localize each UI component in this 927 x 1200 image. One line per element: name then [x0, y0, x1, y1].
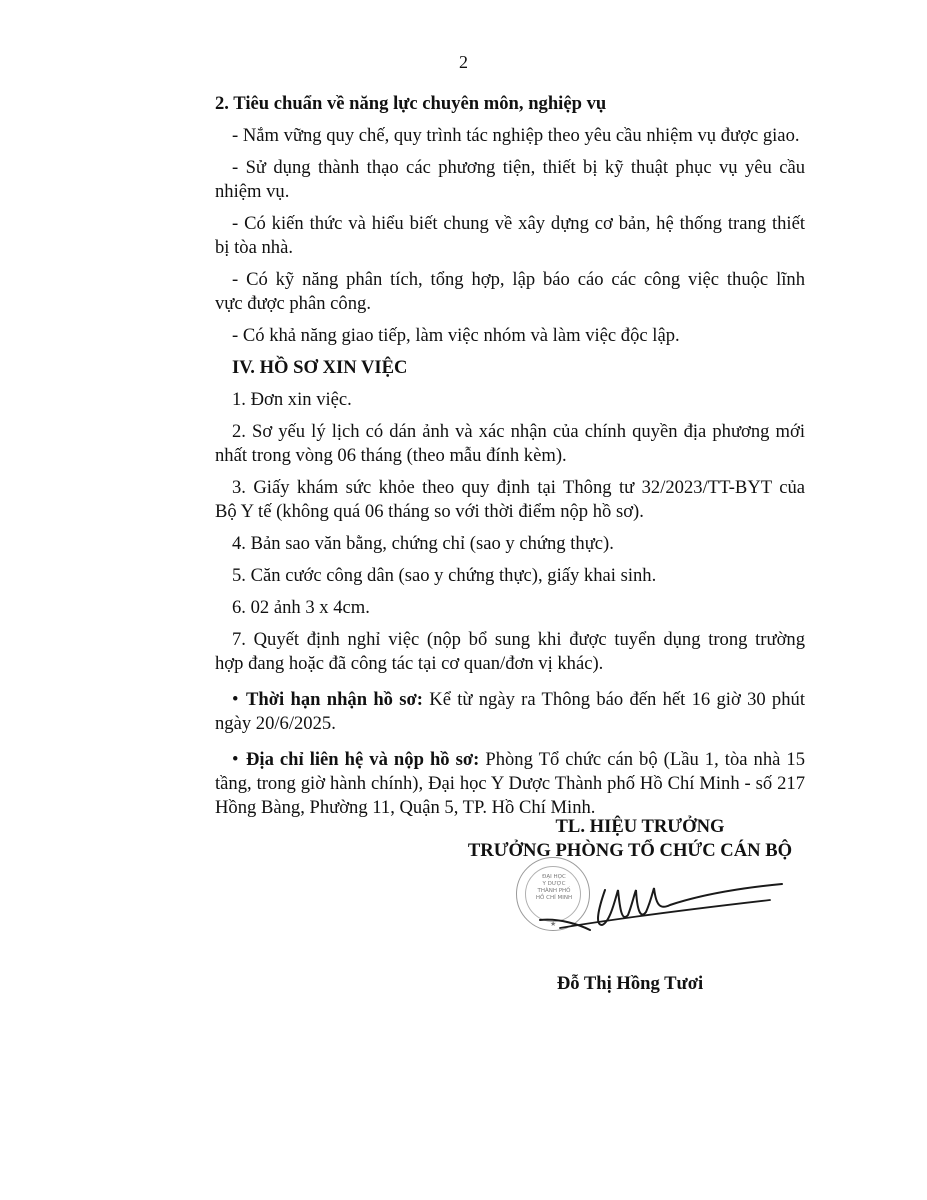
- document-item: 2. Sơ yếu lý lịch có dán ảnh và xác nhận…: [232, 420, 805, 468]
- signature-title-1: TL. HIỆU TRƯỞNG: [440, 815, 820, 839]
- bullet-icon: •: [232, 688, 246, 712]
- document-item: 4. Bản sao văn bằng, chứng chỉ (sao y ch…: [232, 532, 805, 556]
- signature-block: TL. HIỆU TRƯỞNG TRƯỞNG PHÒNG TỔ CHỨC CÁN…: [440, 815, 820, 863]
- requirement-text: - Sử dụng thành thạo các phương tiện, th…: [232, 156, 805, 180]
- document-item: 6. 02 ảnh 3 x 4cm.: [232, 596, 805, 620]
- section-4-heading: IV. HỒ SƠ XIN VIỆC: [232, 356, 805, 380]
- signature-title-2: TRƯỞNG PHÒNG TỔ CHỨC CÁN BỘ: [440, 839, 820, 863]
- document-item-text-cont: hợp đang hoặc đã công tác tại cơ quan/đơ…: [215, 652, 805, 676]
- requirement-item: - Có kiến thức và hiểu biết chung về xây…: [232, 212, 805, 260]
- deadline-text: Kể từ ngày ra Thông báo đến hết 16 giờ 3…: [423, 689, 805, 710]
- requirement-item: - Có khả năng giao tiếp, làm việc nhóm v…: [232, 324, 805, 348]
- document-item-text: 3. Giấy khám sức khỏe theo quy định tại …: [232, 476, 805, 500]
- document-item: 3. Giấy khám sức khỏe theo quy định tại …: [232, 476, 805, 524]
- requirement-text: - Có kiến thức và hiểu biết chung về xây…: [232, 212, 805, 236]
- document-item: 1. Đơn xin việc.: [232, 388, 805, 412]
- requirement-text: - Có kỹ năng phân tích, tổng hợp, lập bá…: [232, 268, 805, 292]
- document-item-text-cont: nhất trong vòng 06 tháng (theo mẫu đính …: [215, 444, 805, 468]
- signer-name: Đỗ Thị Hồng Tươi: [440, 973, 820, 995]
- requirement-item: - Sử dụng thành thạo các phương tiện, th…: [232, 156, 805, 204]
- requirement-text: - Có khả năng giao tiếp, làm việc nhóm v…: [232, 325, 680, 346]
- deadline-label: Thời hạn nhận hồ sơ:: [246, 689, 423, 710]
- requirement-item: - Nắm vững quy chế, quy trình tác nghiệp…: [232, 124, 805, 148]
- requirement-text: - Nắm vững quy chế, quy trình tác nghiệp…: [232, 125, 800, 146]
- deadline-note: •Thời hạn nhận hồ sơ: Kể từ ngày ra Thôn…: [232, 688, 805, 736]
- address-text: Phòng Tổ chức cán bộ (Lầu 1, tòa nhà 15: [479, 749, 805, 770]
- document-item-text: 5. Căn cước công dân (sao y chứng thực),…: [232, 565, 656, 586]
- address-text-cont: tầng, trong giờ hành chính), Đại học Y D…: [215, 772, 805, 796]
- document-item-text-cont: Bộ Y tế (không quá 06 tháng so với thời …: [215, 500, 805, 524]
- document-item-text: 7. Quyết định nghỉ việc (nộp bổ sung khi…: [232, 628, 805, 652]
- deadline-date: ngày 20/6/2025.: [215, 712, 805, 736]
- document-item-text: 4. Bản sao văn bằng, chứng chỉ (sao y ch…: [232, 533, 614, 554]
- requirement-item: - Có kỹ năng phân tích, tổng hợp, lập bá…: [232, 268, 805, 316]
- requirement-text-cont: nhiệm vụ.: [215, 180, 805, 204]
- document-item: 5. Căn cước công dân (sao y chứng thực),…: [232, 564, 805, 588]
- page-number: 2: [0, 52, 927, 73]
- document-item-text: 2. Sơ yếu lý lịch có dán ảnh và xác nhận…: [232, 420, 805, 444]
- document-item-text: 1. Đơn xin việc.: [232, 389, 352, 410]
- document-item-text: 6. 02 ảnh 3 x 4cm.: [232, 597, 370, 618]
- handwritten-signature-icon: [510, 870, 800, 940]
- section-2-heading: 2. Tiêu chuẩn về năng lực chuyên môn, ng…: [215, 92, 805, 116]
- document-item: 7. Quyết định nghỉ việc (nộp bổ sung khi…: [232, 628, 805, 676]
- document-body: 2. Tiêu chuẩn về năng lực chuyên môn, ng…: [215, 92, 805, 828]
- address-note: •Địa chỉ liên hệ và nộp hồ sơ: Phòng Tổ …: [232, 748, 805, 820]
- requirement-text-cont: vực được phân công.: [215, 292, 805, 316]
- requirement-text-cont: bị tòa nhà.: [215, 236, 805, 260]
- bullet-icon: •: [232, 748, 246, 772]
- address-label: Địa chỉ liên hệ và nộp hồ sơ:: [246, 749, 479, 770]
